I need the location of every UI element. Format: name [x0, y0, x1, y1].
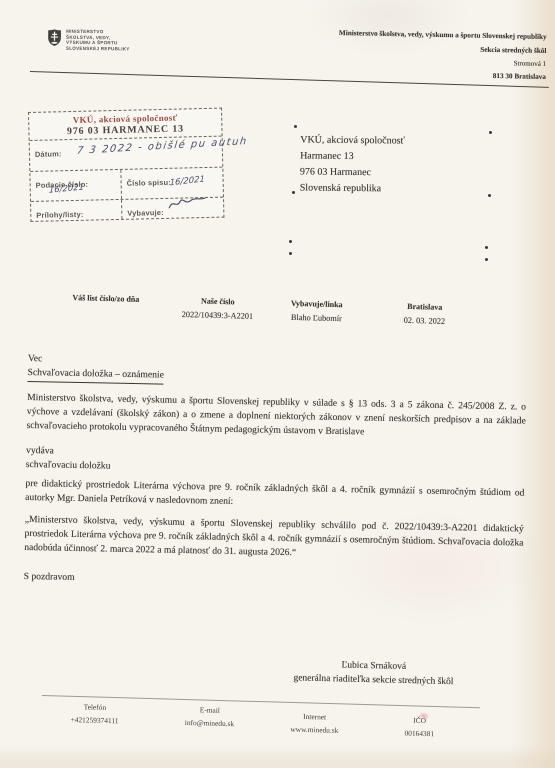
footer-label: E-mail — [155, 704, 265, 716]
recipient-line: Slovenská republika — [300, 180, 405, 197]
reference-place-date: Bratislava 02. 03. 2022 — [374, 301, 475, 327]
stamp-attachments-cell: Prílohy/listy: — [31, 200, 122, 221]
footer-value: 00164381 — [364, 727, 474, 739]
footer-ico: IČO 00164381 — [364, 714, 475, 739]
stamp-handled-by-label: Vybavuje: — [127, 208, 164, 218]
recipient-address: VKÚ, akciová spoločnosť Harmanec 13 976 … — [300, 132, 405, 197]
letter-body: Vec Schvaľovacia doložka – oznámenie Min… — [24, 352, 527, 594]
reference-value: 02. 03. 2022 — [374, 315, 474, 327]
footer-value: +421259374111 — [39, 714, 149, 726]
window-mark-dot — [289, 252, 292, 255]
window-mark-dot — [485, 246, 488, 249]
recipient-line: VKÚ, akciová spoločnosť — [300, 132, 405, 149]
window-mark-dot — [489, 131, 492, 134]
window-mark-dot — [294, 125, 297, 128]
signatory-name: Ľubica Srnáková — [283, 659, 465, 673]
footer-label: Internet — [260, 711, 370, 723]
stamp-handled-by-cell: Vybavuje: — [122, 198, 223, 219]
stamp-file-number-label: Číslo spisu: — [127, 178, 171, 188]
closing-salutation: S pozdravom — [24, 570, 523, 594]
scanned-letter-page: MINISTERSTVO ŠKOLSTVA, VEDY, VÝSKUMU A Š… — [0, 0, 555, 768]
stamp-filing-number-handwritten: 16/2021 — [49, 182, 85, 195]
slovak-coat-of-arms-icon — [47, 29, 62, 47]
window-mark-dot — [488, 194, 491, 197]
footer-label: IČO — [365, 714, 475, 726]
ministry-logo: MINISTERSTVO ŠKOLSTVA, VEDY, VÝSKUMU A Š… — [47, 29, 130, 52]
recipient-line: Harmanec 13 — [300, 148, 405, 165]
reference-value: Blaho Ľubomír — [256, 312, 376, 324]
logo-line: SLOVENSKEJ REPUBLIKY — [66, 46, 130, 52]
footer-phone: Telefón +421259374111 — [39, 701, 150, 726]
handled-by-signature-scribble — [166, 195, 208, 212]
reference-value — [50, 307, 162, 310]
stamp-attachments-label: Prílohy/listy: — [36, 210, 83, 220]
stamp-file-number-handwritten: 16/2021 — [170, 174, 205, 188]
stamp-filing-number-cell: Podacie číslo: 16/2021 — [30, 170, 122, 201]
reference-your-letter: Váš list číslo/zo dňa — [50, 293, 162, 310]
footer-label: Telefón — [40, 701, 150, 713]
sender-street-line: Stromová 1 — [339, 56, 547, 68]
window-mark-dot — [485, 258, 488, 261]
signatory-title: generálna riaditeľka sekcie stredných šk… — [282, 673, 464, 687]
footer-email: E-mail info@minedu.sk — [154, 704, 265, 729]
footer-internet: Internet www.minedu.sk — [259, 711, 370, 736]
reference-label: Váš list číslo/zo dňa — [50, 293, 162, 305]
paragraph-approval-quote: „Ministerstvo školstva, vedy, výskumu a … — [24, 513, 524, 565]
sender-city-line: 813 30 Bratislava — [338, 69, 546, 81]
stamp-date-row: Dátum: 7 3 2022 - obišlé pu autuh — [30, 136, 223, 171]
reference-row: Váš list číslo/zo dňa Naše číslo 2022/10… — [29, 292, 530, 345]
subject-line: Schvaľovacia doložka – oznámenie — [27, 366, 164, 385]
window-mark-dot — [292, 191, 295, 194]
paragraph-didactic-resource: pre didaktický prostriedok Literárna výc… — [25, 477, 524, 515]
paragraph-legal-basis: Ministerstvo školstva, vedy, výskumu a š… — [26, 391, 526, 443]
stamp-date-handwritten: 7 3 2022 - obišlé pu autuh — [76, 136, 247, 157]
stamp-date-label: Dátum: — [35, 149, 62, 159]
incoming-mail-stamp: VKÚ, akciová spoločnosť 976 03 HARMANEC … — [28, 108, 224, 222]
recipient-line: 976 03 Harmanec — [300, 164, 405, 181]
window-mark-dot — [289, 240, 292, 243]
reference-label: Bratislava — [375, 301, 475, 313]
reference-handled-by: Vybavuje/linka Blaho Ľubomír — [256, 298, 377, 324]
sender-section-line: Sekcia stredných škôl — [339, 43, 547, 55]
sender-header: Ministerstvo školstva, vedy, výskumu a š… — [338, 29, 547, 81]
stamp-bottom-row: Prílohy/listy: Vybavuje: — [31, 197, 223, 221]
footer-value: www.minedu.sk — [259, 724, 369, 736]
sender-ministry-line: Ministerstvo školstva, vedy, výskumu a š… — [339, 29, 547, 41]
signature-block: Ľubica Srnáková generálna riaditeľka sek… — [282, 659, 465, 687]
ministry-logo-text: MINISTERSTVO ŠKOLSTVA, VEDY, VÝSKUMU A Š… — [66, 29, 130, 52]
footer-value: info@minedu.sk — [154, 717, 264, 729]
reference-label: Vybavuje/linka — [257, 298, 377, 310]
